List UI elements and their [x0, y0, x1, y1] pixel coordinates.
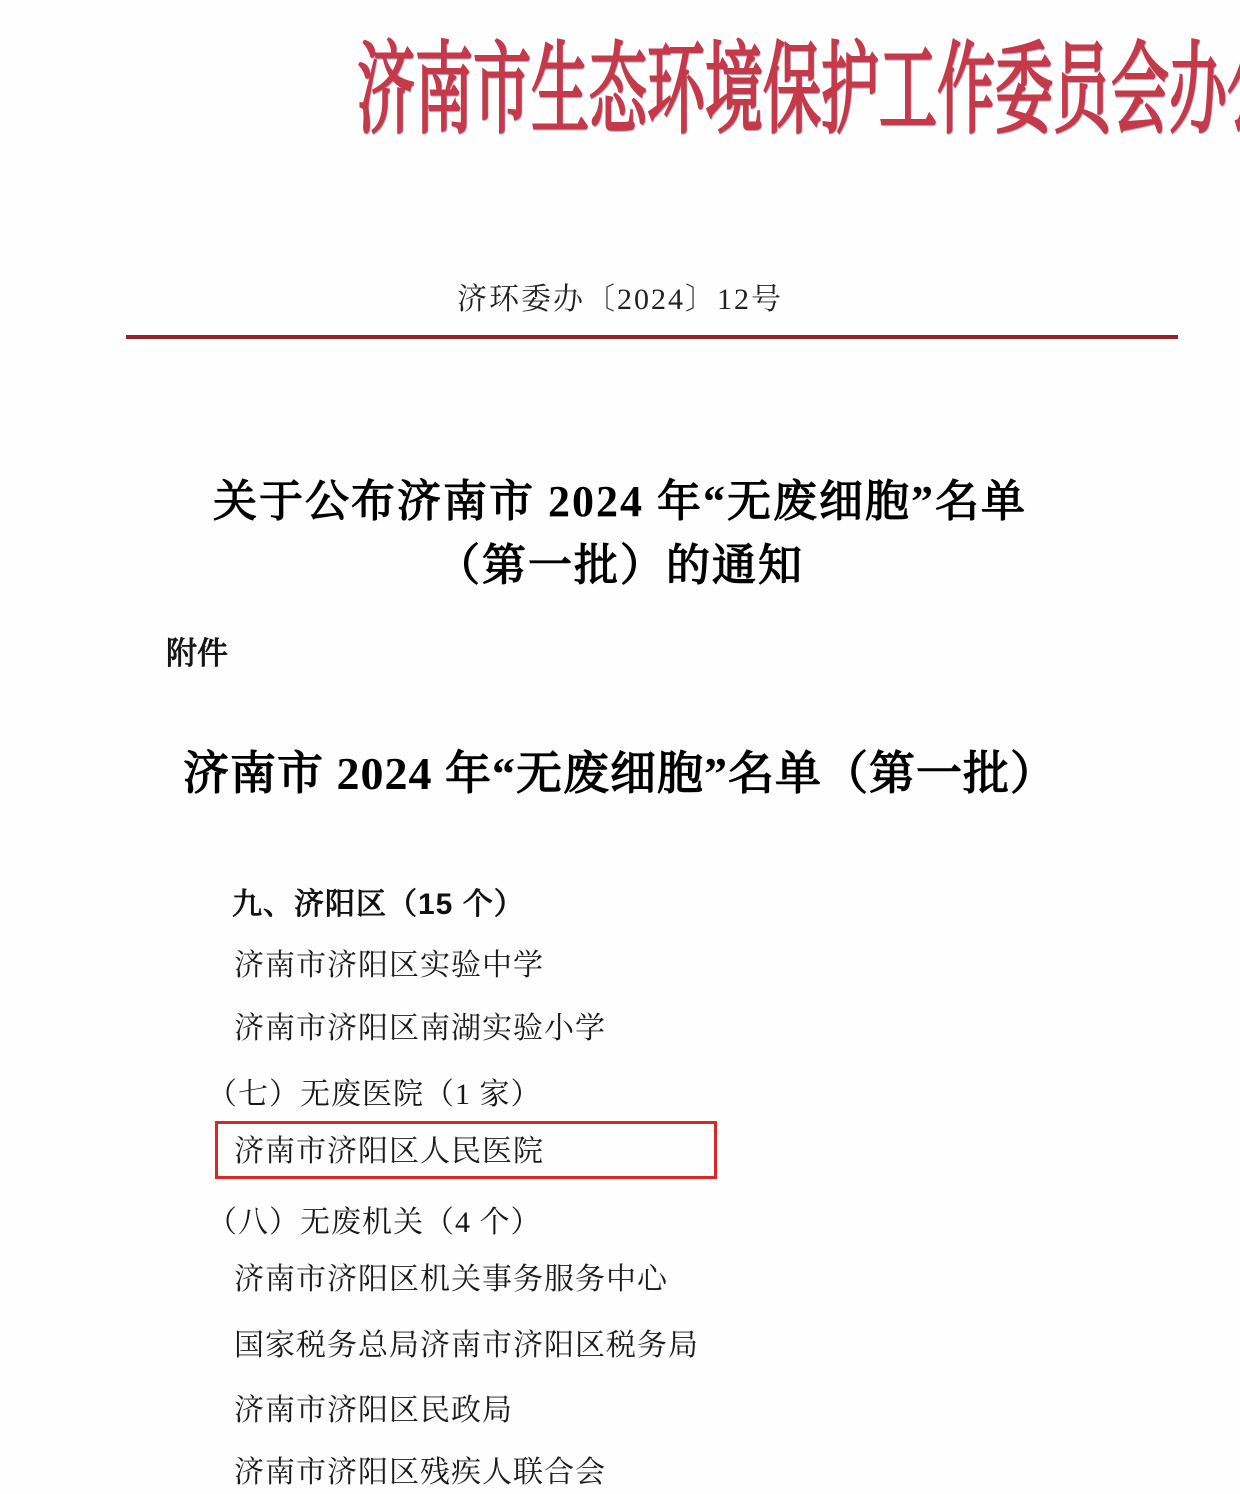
- subsection-header-waste-free-hospital: （七）无废医院（1 家）: [207, 1078, 542, 1112]
- list-item: 国家税务总局济南市济阳区税务局: [234, 1329, 699, 1363]
- document-reference-number: 济环委办〔2024〕12号: [0, 281, 1240, 319]
- list-item: 济南市济阳区民政局: [234, 1394, 513, 1428]
- agency-letterhead: 济南市生态环境保护工作委员会办公室: [0, 30, 1240, 152]
- subsection-header-waste-free-organs: （八）无废机关（4 个）: [207, 1206, 542, 1240]
- highlighted-list-item-hospital: 济南市济阳区人民医院: [234, 1135, 544, 1169]
- agency-letterhead-text: 济南市生态环境保护工作委员会办公室: [357, 30, 1240, 152]
- notice-title-line1: 关于公布济南市 2024 年“无废细胞”名单: [0, 470, 1240, 534]
- notice-title-line2: （第一批）的通知: [0, 534, 1240, 598]
- list-item: 济南市济阳区残疾人联合会: [234, 1456, 606, 1490]
- red-divider-line: [126, 335, 1178, 339]
- official-notice-page: 济南市生态环境保护工作委员会办公室 济环委办〔2024〕12号 关于公布济南市 …: [0, 0, 1240, 1494]
- list-title: 济南市 2024 年“无废细胞”名单（第一批）: [0, 748, 1240, 800]
- notice-title: 关于公布济南市 2024 年“无废细胞”名单 （第一批）的通知: [0, 470, 1240, 598]
- list-item: 济南市济阳区实验中学: [234, 949, 544, 983]
- section-header-jiyang-district: 九、济阳区（15 个）: [232, 888, 525, 922]
- list-item: 济南市济阳区南湖实验小学: [234, 1012, 606, 1046]
- list-item: 济南市济阳区机关事务服务中心: [234, 1263, 668, 1297]
- attachment-label: 附件: [166, 636, 228, 672]
